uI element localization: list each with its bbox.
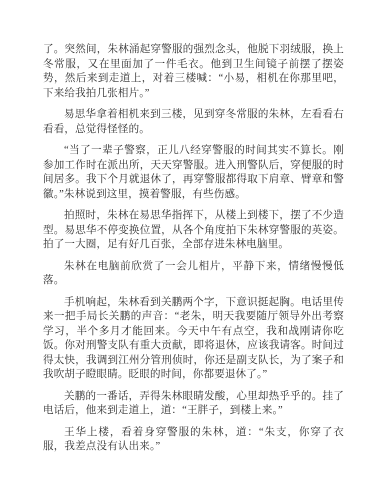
paragraph: 易思华拿着相机来到三楼，见到穿冬常服的朱林，左看看右看看，总觉得怪怪的。 bbox=[43, 108, 344, 137]
novel-reader-page: 了。突然间，朱林涌起穿警服的强烈念头，他脱下羽绒服，换上冬常服，又在里面加了一件… bbox=[0, 0, 370, 480]
paragraph: 朱林在电脑前欣赏了一会儿相片，平静下来，情绪慢慢低落。 bbox=[43, 260, 344, 289]
paragraph: 王华上楼，看着身穿警服的朱林，道：“朱支，你穿了衣服，我差点没有认出来。” bbox=[43, 426, 344, 455]
paragraph: 拍照时，朱林在易思华指挥下，从楼上到楼下，摆了不少造型。易思华不停变换位置，从各… bbox=[43, 209, 344, 253]
paragraph: 关鹏的一番话，弄得朱林眼睛发酸，心里却热乎乎的。挂了电话后，他来到走道上，道：“… bbox=[43, 390, 344, 419]
paragraph: 了。突然间，朱林涌起穿警服的强烈念头，他脱下羽绒服，换上冬常服，又在里面加了一件… bbox=[43, 43, 344, 101]
paragraph: 手机响起，朱林看到关鹏两个字，下意识挺起胸。电话里传来一把手局长关鹏的声音：“老… bbox=[43, 296, 344, 383]
paragraph: “当了一辈子警察，正儿八经穿警服的时间其实不算长。刚参加工作时在派出所，天天穿警… bbox=[43, 144, 344, 202]
